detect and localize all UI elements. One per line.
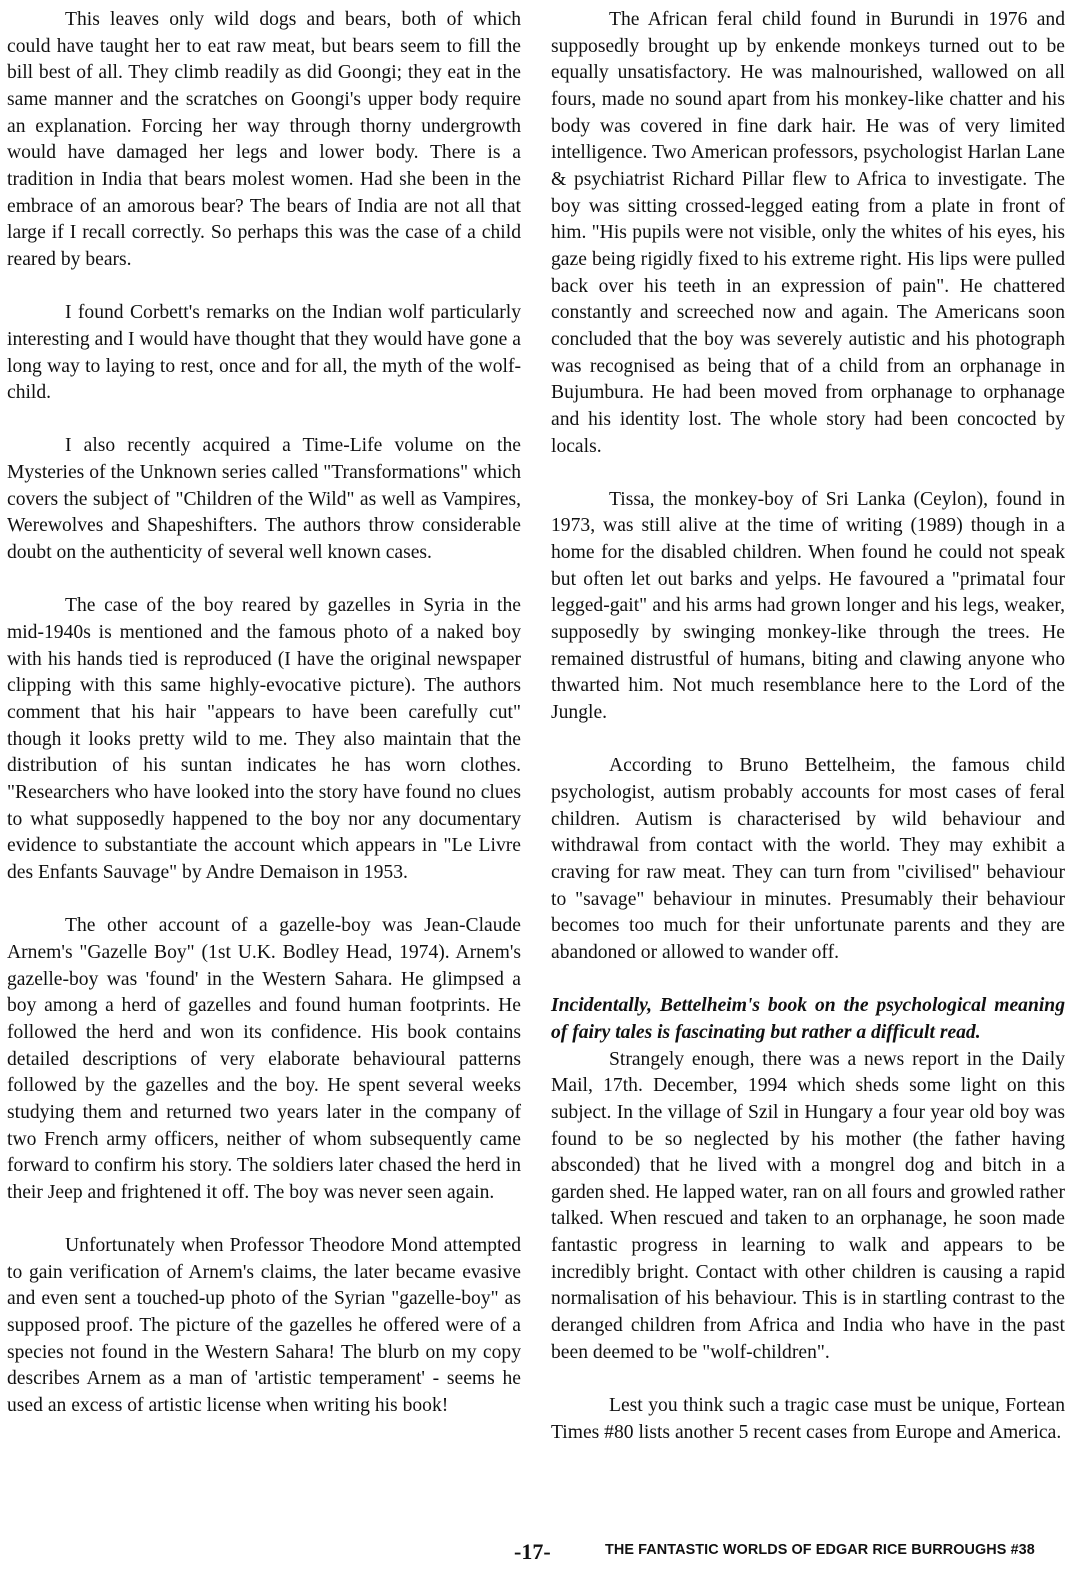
paragraph-arnem-gazelle-boy: The other account of a gazelle-boy was J…	[7, 913, 521, 1206]
paragraph-bettelheim: According to Bruno Bettelheim, the famou…	[551, 753, 1065, 966]
right-column: The African feral child found in Burundi…	[551, 7, 1065, 1446]
paragraph-burundi-child: The African feral child found in Burundi…	[551, 7, 1065, 460]
paragraph-time-life: I also recently acquired a Time-Life vol…	[7, 433, 521, 566]
page-number: -17-	[514, 1540, 551, 1564]
paragraph-corbett: I found Corbett's remarks on the Indian …	[7, 300, 521, 407]
paragraph-tissa: Tissa, the monkey-boy of Sri Lanka (Ceyl…	[551, 487, 1065, 727]
magazine-page: This leaves only wild dogs and bears, bo…	[0, 0, 1080, 1569]
publication-title: THE FANTASTIC WORLDS OF EDGAR RICE BURRO…	[605, 1541, 1035, 1559]
paragraph-bears: This leaves only wild dogs and bears, bo…	[7, 7, 521, 274]
left-column: This leaves only wild dogs and bears, bo…	[7, 7, 521, 1420]
paragraph-hungary-szil: Strangely enough, there was a news repor…	[551, 1047, 1065, 1367]
paragraph-syria-gazelle-boy: The case of the boy reared by gazelles i…	[7, 593, 521, 886]
editor-note-italic: Incidentally, Bettelheim's book on the p…	[551, 993, 1065, 1046]
paragraph-fortean-times: Lest you think such a tragic case must b…	[551, 1393, 1065, 1446]
paragraph-professor-mond: Unfortunately when Professor Theodore Mo…	[7, 1233, 521, 1420]
